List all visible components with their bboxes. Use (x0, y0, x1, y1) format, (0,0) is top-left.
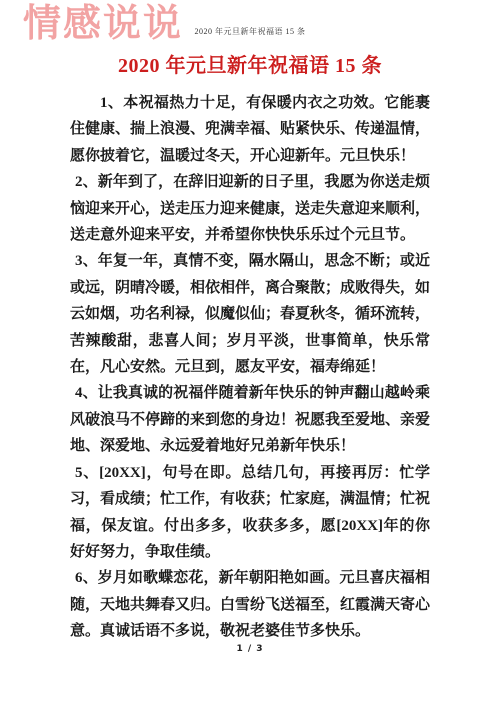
paragraph: 1、本祝福热力十足，有保暖内衣之功效。它能裹住健康、揣上浪漫、兜满幸福、贴紧快乐… (70, 90, 430, 169)
paragraph: 3、年复一年，真情不变，隔水隔山，思念不断；或近或远，阴晴冷暖，相依相伴，离合聚… (70, 248, 430, 380)
paragraph: 4、让我真诚的祝福伴随着新年快乐的钟声翻山越岭乘风破浪马不停蹄的来到您的身边！祝… (70, 380, 430, 459)
running-header: 2020 年元旦新年祝福语 15 条 (0, 26, 500, 37)
paragraph: 5、[20XX]，句号在即。总结几句，再接再厉：忙学习，看成绩；忙工作，有收获；… (70, 460, 430, 566)
paragraph: 2、新年到了，在辞旧迎新的日子里，我愿为你送走烦恼迎来开心，送走压力迎来健康，送… (70, 169, 430, 248)
brand-logo: 情感说说 (23, 2, 183, 44)
document-title: 2020 年元旦新年祝福语 15 条 (0, 52, 500, 81)
page-number: 1 / 3 (0, 643, 500, 656)
document-body: 1、本祝福热力十足，有保暖内衣之功效。它能裹住健康、揣上浪漫、兜满幸福、贴紧快乐… (70, 90, 430, 646)
paragraph: 6、岁月如歌蝶恋花，新年朝阳艳如画。元旦喜庆福相随，天地共舞春又归。白雪纷飞送福… (70, 565, 430, 644)
document-page: 情感说说 2020 年元旦新年祝福语 15 条 2020 年元旦新年祝福语 15… (0, 0, 500, 708)
